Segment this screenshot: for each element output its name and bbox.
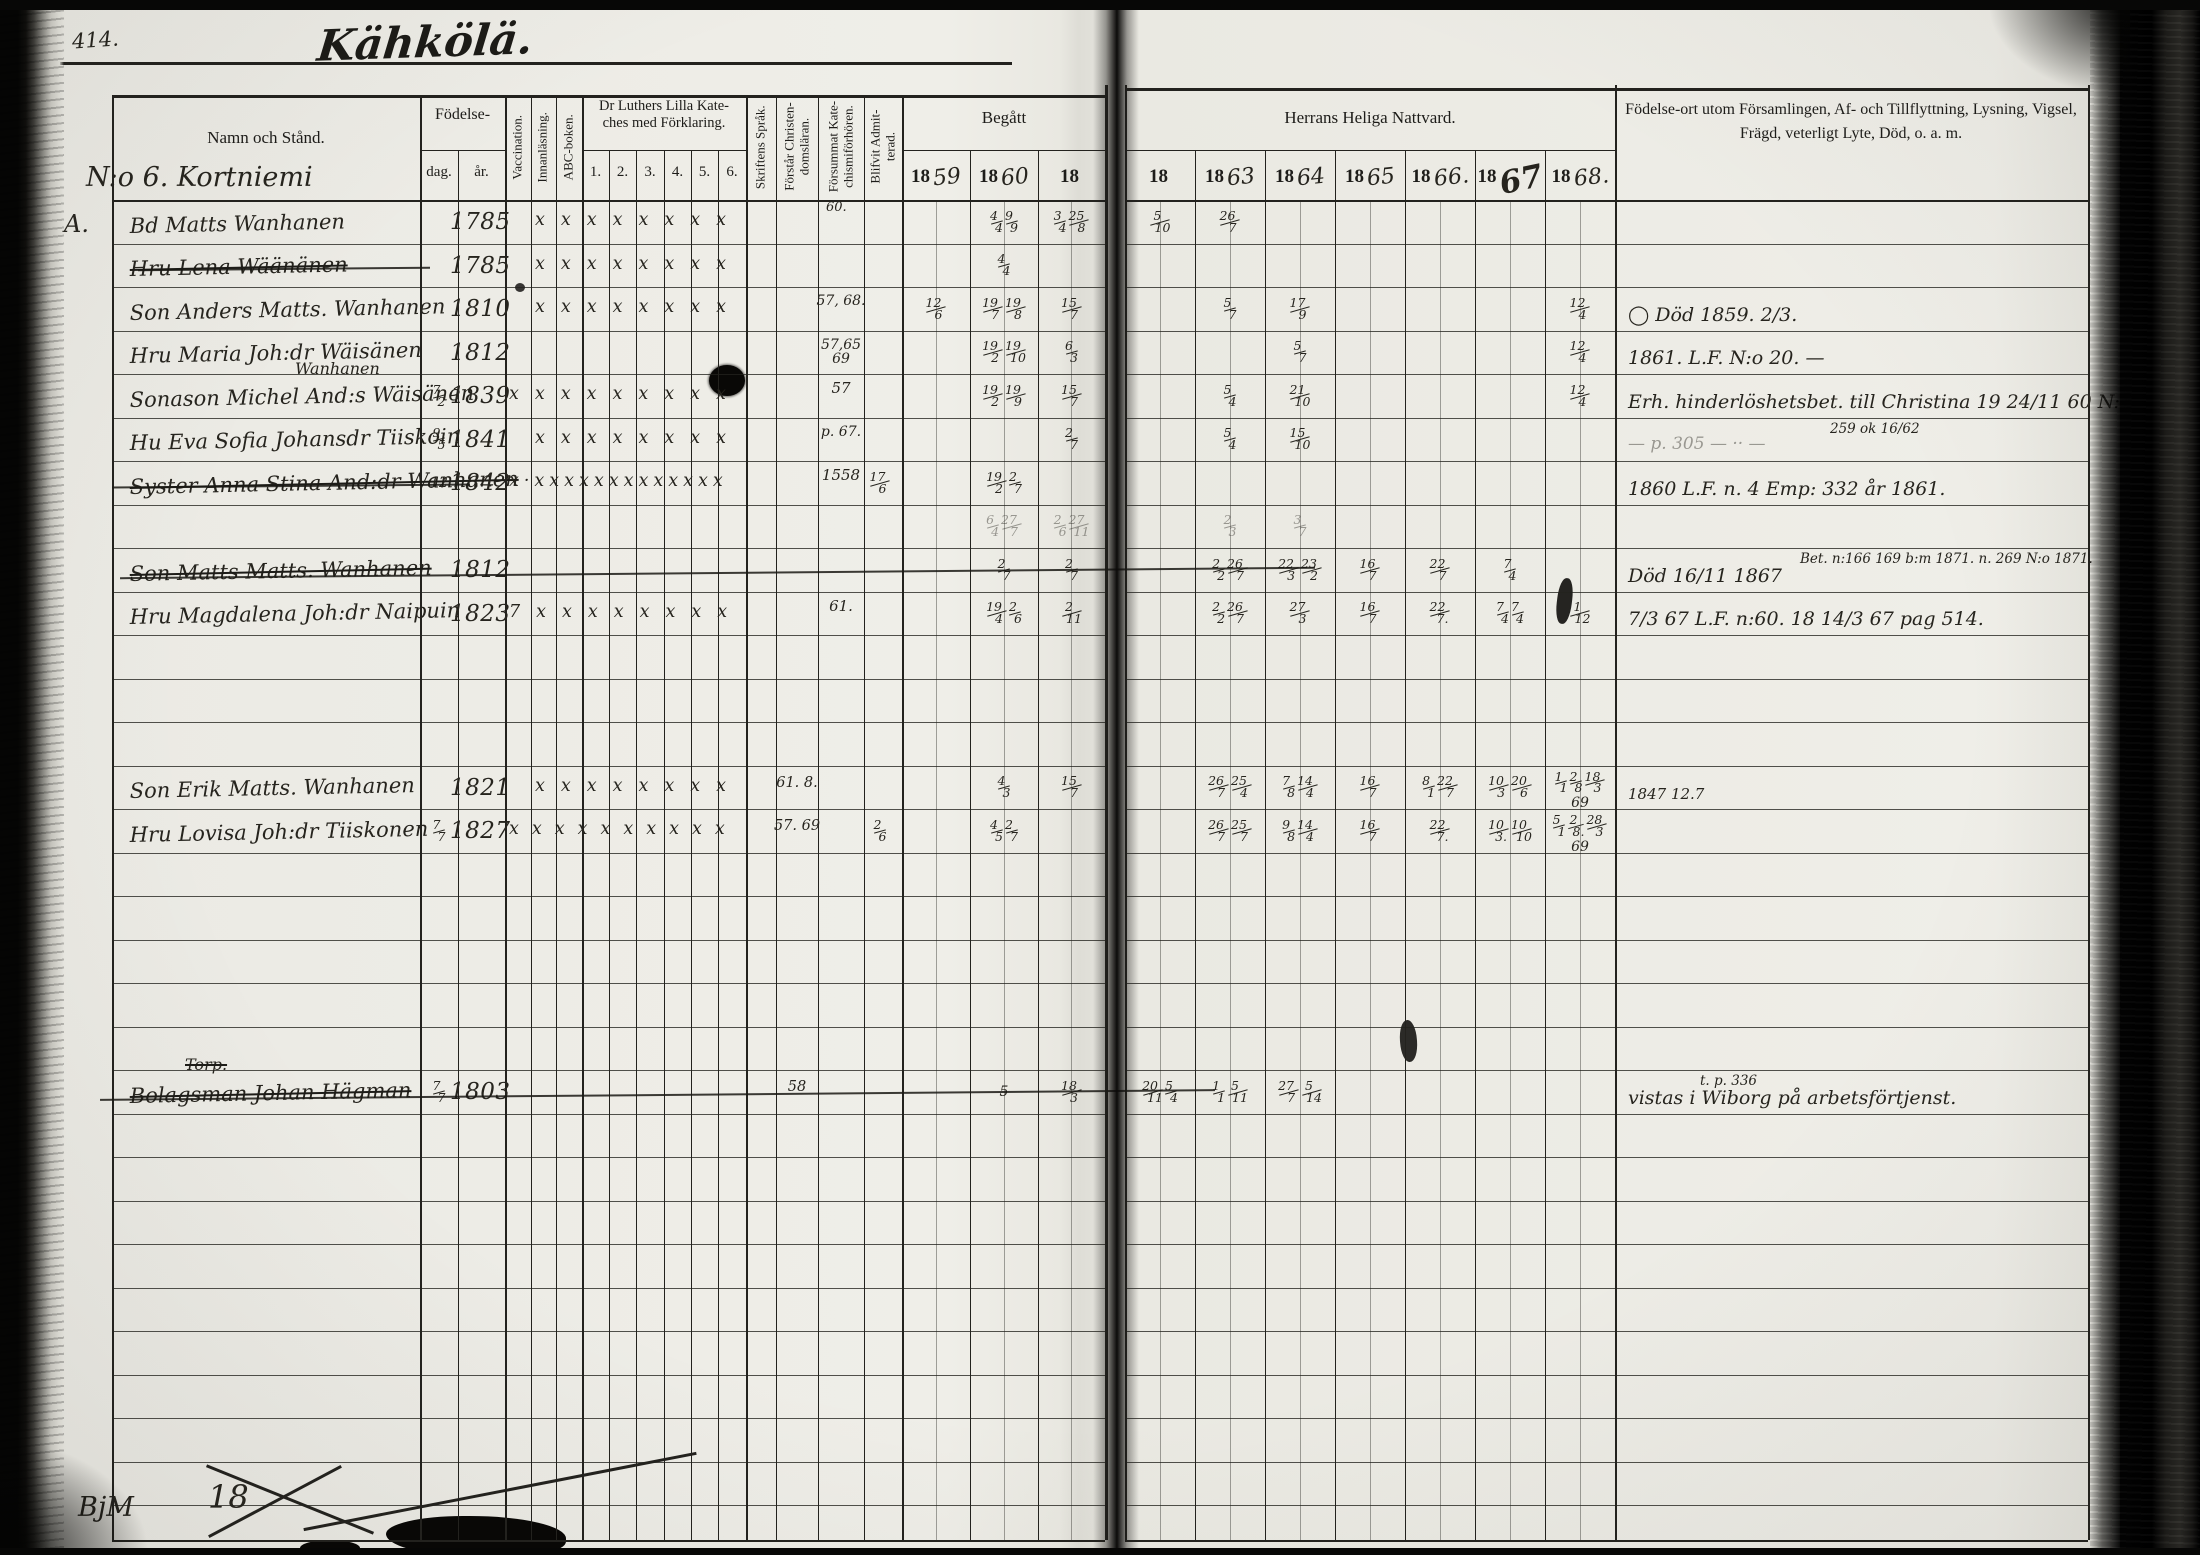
date-fraction: 28. [1568, 814, 1584, 838]
nattvard-cell: 2110 [1265, 379, 1335, 413]
grid-hline [112, 287, 1105, 288]
date-fraction: 258 [1069, 210, 1089, 234]
date-fraction: 144 [1298, 775, 1318, 799]
reading-marks: x·xxxxxxxxxxxxx [509, 471, 728, 491]
grid-hline [1125, 1244, 2088, 1245]
date-fraction: 183 [1585, 771, 1605, 795]
date-fraction: 64 [987, 514, 999, 538]
grid-hline [1125, 150, 1615, 151]
date-fraction: 103 [1489, 775, 1509, 799]
nattvard-cell: 112 [1545, 597, 1615, 631]
reading-marks: xxxxxxxxx [509, 384, 742, 404]
row-note-superscript: Bet. n:166 169 b:m 1871. n. 269 N:o 1871… [1800, 551, 2093, 567]
date-fraction: 22 [1213, 601, 1225, 625]
grid-hline [1125, 592, 2088, 593]
grid-vline [531, 95, 532, 1540]
grid-hline [112, 722, 1105, 723]
grid-hline [1125, 418, 2088, 419]
grid-hline [112, 1244, 1105, 1245]
forstar-cell: 61. 8. [769, 775, 825, 791]
nattvard-cell: 227. [1405, 597, 1475, 631]
date-fraction: 167 [1360, 775, 1380, 799]
begatt-year-1: 18 59 [904, 158, 968, 196]
header-nattvard: Herrans Heliga Nattvard. [1240, 108, 1500, 128]
birth-year: 1827 [450, 818, 508, 844]
grid-hline [1125, 722, 2088, 723]
header-forsummat-katechismiforhoren: Försummat Kate- chismiförhören. [826, 91, 855, 203]
grid-hline [112, 1288, 1105, 1289]
scanned-church-record-page: 414. Kähkölä. Namn och Stånd. N:o 6. Kor… [0, 0, 2200, 1555]
grid-vline [112, 95, 114, 1540]
year-printed: 18 [1412, 166, 1431, 188]
nattvard-cell: 78144 [1265, 771, 1335, 805]
date-fraction: 514 [1302, 1080, 1322, 1104]
date-fraction: 124 [1570, 340, 1590, 364]
header-dag: dag. [420, 164, 458, 181]
header-begatt: Begått [940, 108, 1068, 128]
header-vaccination: Vaccination. [511, 92, 526, 202]
grid-hline [112, 95, 1105, 98]
year-printed: 18 [1275, 166, 1294, 188]
grid-hline [112, 418, 1105, 419]
grid-hline [1125, 548, 2088, 549]
header-abc-boken: ABC-boken. [562, 92, 577, 202]
date-fraction: 124 [1570, 384, 1590, 408]
date-fraction: 103. [1489, 819, 1509, 843]
date-fraction: 227. [1430, 601, 1450, 625]
birth-year: 1812 [450, 340, 508, 366]
begatt-cell: 19426 [970, 597, 1038, 631]
date-fraction: 81 [1423, 775, 1435, 799]
grid-hline [112, 1505, 1105, 1506]
grid-hline [112, 592, 1105, 593]
row-note: 1861. L.F. N:o 20. — [1628, 347, 1824, 369]
date-fraction: 74 [1512, 601, 1524, 625]
year-printed: 18 [1205, 166, 1224, 188]
grid-hline [1125, 1375, 2088, 1376]
grid-hline [1125, 1505, 2088, 1506]
forsummat-cell: 61. [810, 599, 872, 615]
row-name: Hru Lena Wäänänen [129, 252, 347, 281]
year-printed: 18 [979, 166, 998, 188]
date-fraction: 26 [1054, 514, 1066, 538]
admitterad-cell: 176 [858, 466, 902, 500]
date-fraction: 124 [1570, 297, 1590, 321]
row-name-correction: Wanhanen [295, 359, 380, 378]
date-fraction: 167 [1360, 558, 1380, 582]
mark-text: 69 [1571, 795, 1589, 811]
grid-hline [112, 461, 1105, 462]
year-printed: 18 [1060, 166, 1079, 188]
page-gutter-shadow [1093, 0, 1139, 1555]
header-skriftens-sprak: Skriftens Språk. [754, 92, 769, 202]
row-name-correction: Torp. [185, 1055, 227, 1074]
begatt-cell: 1921910 [970, 336, 1038, 370]
nattvard-cell: 7474 [1475, 597, 1545, 631]
header-kateches-6: 6. [718, 164, 746, 181]
header-kateches-5: 5. [691, 164, 718, 181]
nattvard-cell: 223232 [1265, 553, 1335, 587]
grid-hline [112, 1331, 1105, 1332]
date-fraction: 1510 [1290, 427, 1310, 451]
nattvard-cell: 227 [1405, 553, 1475, 587]
grid-vline [746, 95, 748, 1540]
grid-hline [112, 1157, 1105, 1158]
nattvard-cell: 54 [1195, 423, 1265, 457]
reading-marks: 7xxxxxxxx [509, 602, 743, 622]
scan-edge [0, 1548, 2200, 1555]
grid-hline [1125, 374, 2088, 375]
grid-hline [1125, 1114, 2088, 1115]
grid-hline [112, 1462, 1105, 1463]
date-fraction: 223 [1279, 558, 1299, 582]
date-fraction: 198 [1006, 297, 1026, 321]
nattvard-cell: 5128.28369 [1545, 814, 1615, 855]
row-margin-letter: A. [64, 210, 89, 238]
date-fraction: 45 [991, 819, 1003, 843]
nattvard-cell: 112818369 [1545, 771, 1615, 812]
date-fraction: 99 [1006, 210, 1018, 234]
date-fraction: 27 [1066, 427, 1078, 451]
nattvard-year-2: 18 63 [1198, 158, 1262, 196]
birth-year: 1785 [450, 253, 508, 279]
date-fraction: 192 [983, 384, 1003, 408]
date-fraction: 72 [433, 384, 445, 408]
date-fraction: 98 [1283, 819, 1295, 843]
grid-hline [112, 940, 1105, 941]
nattvard-cell: 124 [1545, 292, 1615, 326]
grid-vline [1370, 200, 1371, 1540]
date-fraction: 192 [983, 340, 1003, 364]
grid-hline [112, 1375, 1105, 1376]
nattvard-cell: 57 [1195, 292, 1265, 326]
grid-hline [1125, 1201, 2088, 1202]
nattvard-cell: 277514 [1265, 1075, 1335, 1109]
year-written: 64 [1296, 163, 1326, 191]
year-written: 67 [1497, 158, 1547, 202]
date-fraction: 43 [998, 775, 1010, 799]
nattvard-cell: 227. [1405, 814, 1475, 848]
date-fraction: 78 [1283, 775, 1295, 799]
date-fraction: 22 [1213, 558, 1225, 582]
birth-year: 1812 [450, 557, 508, 583]
grid-hline [1125, 200, 2088, 202]
grid-hline [582, 150, 746, 151]
grid-hline [112, 244, 1105, 245]
admitterad-cell: 26 [858, 814, 902, 848]
date-fraction: 57 [1224, 297, 1236, 321]
nattvard-year-5: 18 66. [1408, 158, 1472, 196]
nattvard-cell: 57 [1265, 336, 1335, 370]
nattvard-cell: 167 [1335, 597, 1405, 631]
date-fraction: 257 [1232, 819, 1252, 843]
date-fraction: 194 [987, 601, 1007, 625]
date-fraction: 167 [1360, 819, 1380, 843]
year-written: 68. [1572, 163, 1609, 192]
nattvard-cell: 22267 [1195, 553, 1265, 587]
nattvard-cell: 267257 [1195, 814, 1265, 848]
row-note-superscript: 259 ok 16/62 [1830, 421, 1920, 437]
birth-year: 1803 [450, 1079, 508, 1105]
date-fraction: 54 [1224, 384, 1236, 408]
grid-hline [1125, 1418, 2088, 1419]
header-blifvit-admitterad: Blifvit Admit- terad. [868, 91, 897, 203]
header-namn-och-stand: Namn och Stånd. [160, 128, 372, 148]
date-fraction: 267 [1220, 210, 1240, 234]
date-fraction: 157 [1062, 384, 1082, 408]
date-fraction: 511 [1228, 1080, 1248, 1104]
grid-hline [60, 62, 1012, 65]
year-written: 66. [1432, 163, 1469, 192]
date-fraction: 167 [1360, 601, 1380, 625]
grid-hline [112, 505, 1105, 506]
reading-marks: xxxxxxxx [535, 297, 742, 317]
date-fraction: 176 [870, 471, 890, 495]
grid-hline [1125, 635, 2088, 636]
date-fraction: 211 [1062, 601, 1082, 625]
grid-hline [1125, 940, 2088, 941]
begatt-cell pencil: 64277 [970, 510, 1038, 544]
row-note: vistas i Wiborg på arbetsförtjenst. [1628, 1087, 1956, 1109]
corner-shadow [0, 1440, 150, 1555]
page-number: 414. [71, 26, 119, 53]
year-printed: 18 [911, 166, 930, 188]
date-fraction: 197 [983, 297, 1003, 321]
date-fraction: 11 [1555, 771, 1567, 795]
grid-hline [1125, 1331, 2088, 1332]
date-fraction: 2711 [1069, 514, 1089, 538]
grid-hline [1125, 88, 2088, 91]
nattvard-cell: 74 [1475, 553, 1545, 587]
birth-year: 1823 [450, 601, 508, 627]
grid-hline [112, 853, 1105, 854]
date-fraction: 77 [433, 819, 445, 843]
date-fraction: 54 [1224, 427, 1236, 451]
date-fraction: 1910 [1006, 340, 1026, 364]
grid-hline [1125, 331, 2088, 332]
nattvard-cell: 167 [1335, 553, 1405, 587]
forsummat-cell: 57, 68. [810, 294, 872, 309]
date-fraction: 277 [1002, 514, 1022, 538]
grid-vline [1615, 85, 1617, 1540]
footer-scribble: 18 [208, 1478, 249, 1516]
nattvard-cell: 273 [1265, 597, 1335, 631]
date-fraction: 44 [998, 253, 1010, 277]
nattvard-year-3: 18 64 [1268, 158, 1332, 196]
begatt-cell: 4527 [970, 814, 1038, 848]
header-kateches: Dr Luthers Lilla Kate- ches med Förklari… [584, 98, 744, 133]
forstar-cell: 57. 69 [769, 818, 825, 834]
row-note: 1847 12.7 [1628, 785, 1704, 803]
date-fraction: 179 [1290, 297, 1310, 321]
grid-hline [112, 983, 1105, 984]
nattvard-cell: 54 [1195, 379, 1265, 413]
header-kateches-1: 1. [582, 164, 609, 181]
nattvard-cell: 267 [1195, 205, 1265, 239]
forsummat-cell: p. 67. [810, 425, 872, 440]
grid-hline [1125, 896, 2088, 897]
grid-vline [936, 200, 937, 1540]
header-notes-column: Födelse-ort utom Församlingen, Af- och T… [1625, 98, 2077, 146]
grid-hline [1125, 1540, 2088, 1542]
date-fraction: 112 [1570, 601, 1590, 625]
date-fraction: 157 [1062, 775, 1082, 799]
date-fraction: 57 [1294, 340, 1306, 364]
birth-year: 1841 [450, 427, 508, 453]
grid-hline [112, 809, 1105, 810]
date-fraction: 267 [1209, 775, 1229, 799]
begatt-cell: 126 [902, 292, 970, 326]
row-note: 1860 L.F. n. 4 Emp: 332 år 1861. [1628, 478, 1945, 500]
village-number: N:o 6. Kortniemi [86, 162, 313, 193]
nattvard-cell pencil: 23 [1195, 510, 1265, 544]
date-fraction: 51 [1553, 814, 1565, 838]
header-kateches-2: 2. [609, 164, 636, 181]
date-fraction: 283 [1587, 814, 1607, 838]
forsummat-top-note: 60. [826, 200, 847, 215]
date-fraction: 510 [1150, 210, 1170, 234]
date-fraction: 63 [1066, 340, 1078, 364]
nattvard-cell: 124 [1545, 336, 1615, 370]
grid-hline [1125, 1070, 2088, 1071]
date-fraction: 28 [1570, 771, 1582, 795]
grid-hline [1125, 679, 2088, 680]
nattvard-cell: 11511 [1195, 1075, 1265, 1109]
begatt-cell: 43 [970, 771, 1038, 805]
grid-hline [112, 1027, 1105, 1028]
grid-hline [1125, 1157, 2088, 1158]
grid-hline [1125, 1027, 2088, 1028]
grid-hline [420, 150, 505, 151]
birth-year: 1821 [450, 775, 508, 801]
date-fraction: 54 [1165, 1080, 1177, 1104]
grid-hline [1125, 505, 2088, 506]
date-fraction: 157 [1062, 297, 1082, 321]
date-fraction: 95 [433, 427, 445, 451]
grid-hline [112, 679, 1105, 680]
grid-hline [112, 548, 1105, 549]
year-written: 59 [932, 163, 962, 191]
date-fraction: 227 [1430, 558, 1450, 582]
grid-hline [112, 766, 1105, 767]
begatt-year-2: 18 60 [972, 158, 1036, 196]
header-kateches-3: 3. [636, 164, 664, 181]
grid-hline [112, 1540, 1105, 1542]
begatt-cell: 197198 [970, 292, 1038, 326]
header-innanlasning: Innanläsning. [536, 92, 551, 202]
date-fraction: 126 [926, 297, 946, 321]
grid-vline [1510, 200, 1511, 1540]
nattvard-cell: 103206 [1475, 771, 1545, 805]
date-fraction: 192 [987, 471, 1007, 495]
page-stack-edge [2090, 0, 2200, 1555]
header-ar: år. [458, 164, 505, 181]
nattvard-cell: 124 [1545, 379, 1615, 413]
header-forstar-christendomslaran: Förstår Christen- domsläran. [782, 91, 811, 203]
date-fraction: 267 [1228, 601, 1248, 625]
begatt-cell: 44 [970, 249, 1038, 283]
nattvard-cell: 81227 [1405, 771, 1475, 805]
reading-marks: xxxxxxxx [535, 254, 742, 274]
nattvard-cell: 103.1010 [1475, 814, 1545, 848]
nattvard-year-4: 18 65 [1338, 158, 1402, 196]
date-fraction: 26 [874, 819, 886, 843]
grid-hline [112, 374, 1105, 375]
date-fraction: 277 [1279, 1080, 1299, 1104]
grid-hline [1125, 1288, 2088, 1289]
header-kateches-4: 4. [664, 164, 691, 181]
row-note: — p. 305 — ·· — [1628, 434, 1766, 454]
grid-hline [112, 896, 1105, 897]
header-fodelse: Födelse- [420, 106, 505, 124]
date-fraction: 144 [1298, 819, 1318, 843]
grid-hline [112, 1201, 1105, 1202]
grid-hline [112, 1114, 1105, 1115]
nattvard-cell: 22267 [1195, 597, 1265, 631]
date-fraction: 27 [1009, 471, 1021, 495]
row-note-superscript: t. p. 336 [1700, 1073, 1757, 1089]
date-fraction: 27 [1006, 819, 1018, 843]
year-written: 65 [1366, 163, 1396, 191]
nattvard-cell: 167 [1335, 814, 1405, 848]
scan-edge [0, 0, 2200, 10]
date-fraction: 254 [1232, 775, 1252, 799]
date-fraction: 34 [1054, 210, 1066, 234]
date-fraction: 2110 [1290, 384, 1310, 408]
grid-hline [1125, 287, 2088, 288]
grid-hline [1125, 244, 2088, 245]
grid-vline [1160, 200, 1161, 1540]
date-fraction: 2011 [1143, 1080, 1163, 1104]
date-fraction: 23 [1224, 514, 1236, 538]
nattvard-cell: 1510 [1265, 423, 1335, 457]
birth-year: 1810 [450, 296, 508, 322]
reading-marks: xxxxxxxx [535, 776, 742, 796]
begatt-cell: 4499 [970, 205, 1038, 239]
birth-year: 1839 [450, 383, 508, 409]
date-fraction: 267 [1209, 819, 1229, 843]
nattvard-year-6: 18 67 [1478, 158, 1542, 196]
date-fraction: 199 [1006, 384, 1026, 408]
year-printed: 18 [1552, 166, 1571, 188]
grid-hline [1125, 766, 2088, 767]
year-written: 60 [1000, 163, 1030, 191]
forsummat-cell: 57,65 69 [810, 338, 872, 367]
date-fraction: 77 [433, 1080, 445, 1104]
grid-hline [112, 331, 1105, 332]
begatt-cell: 192199 [970, 379, 1038, 413]
forsummat-cell: 57 [810, 381, 872, 397]
date-fraction: 74 [1497, 601, 1509, 625]
corner-shadow [1990, 0, 2130, 95]
date-fraction: 267 [1228, 558, 1248, 582]
begatt-cell: 19227 [970, 466, 1038, 500]
grid-hline [1125, 983, 2088, 984]
year-written: 63 [1226, 163, 1256, 191]
date-fraction: 37 [1294, 514, 1306, 538]
reading-marks: xxxxxxxx [535, 428, 742, 448]
date-fraction: 227. [1430, 819, 1450, 843]
date-fraction: 227 [1438, 775, 1458, 799]
nattvard-cell pencil: 37 [1265, 510, 1335, 544]
year-printed: 18 [1149, 166, 1168, 188]
date-fraction: 273 [1290, 601, 1310, 625]
year-printed: 18 [1345, 166, 1364, 188]
date-fraction: 1010 [1512, 819, 1532, 843]
grid-hline [112, 635, 1105, 636]
date-fraction: 11 [1213, 1080, 1225, 1104]
grid-hline [112, 200, 1105, 202]
